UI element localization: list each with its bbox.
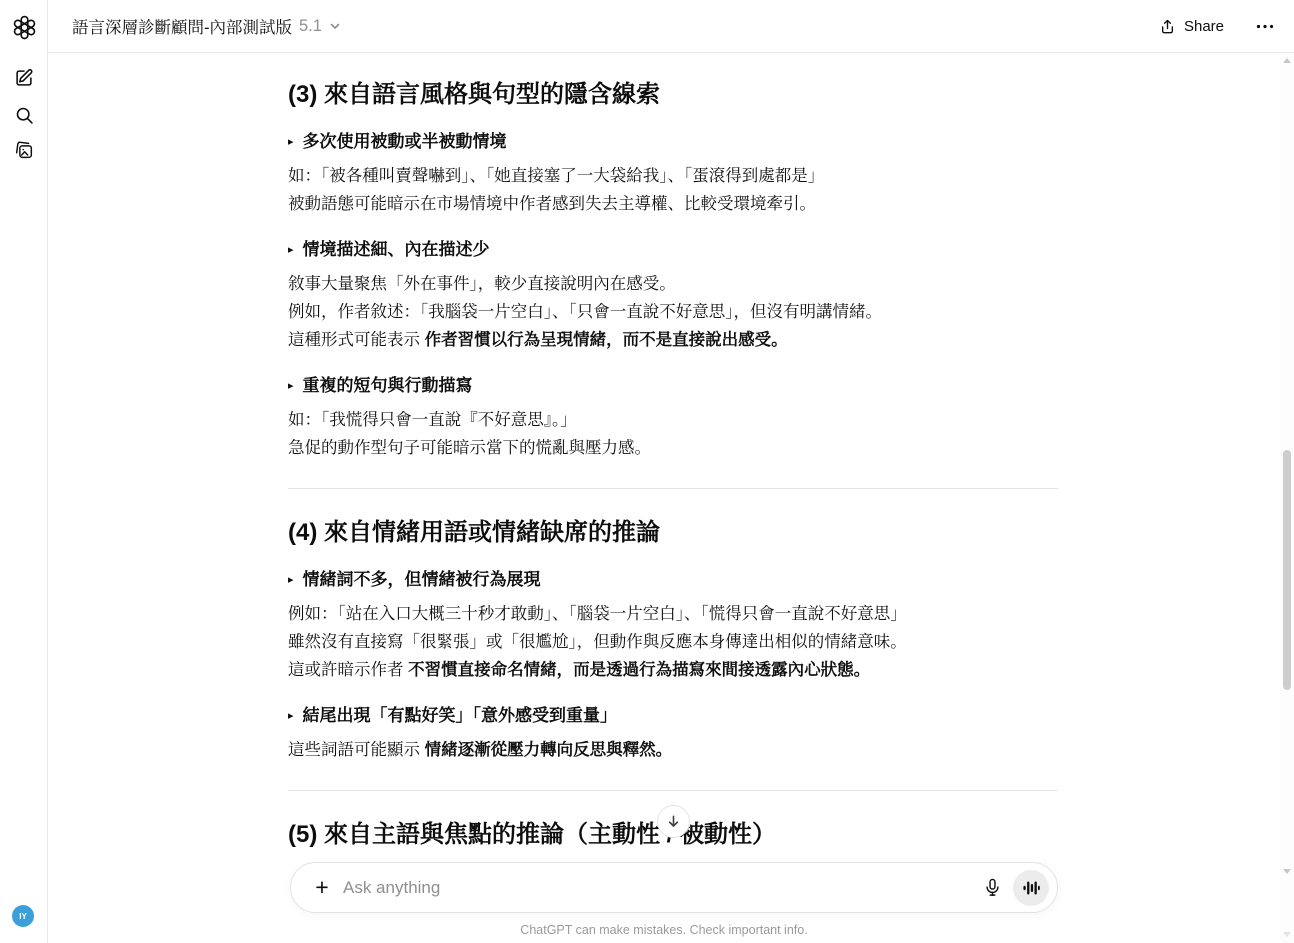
library-icon[interactable] xyxy=(11,137,37,163)
message-composer: + xyxy=(290,862,1058,913)
voice-mode-button[interactable] xyxy=(1013,870,1049,906)
subheading-text: 重複的短句與行動描寫 xyxy=(303,374,473,398)
paragraph-line: 敘事大量聚焦「外在事件」，較少直接說明內在感受。 xyxy=(288,270,1058,298)
paragraph-line: 被動語態可能暗示在市場情境中作者感到失去主導權、比較受環境牽引。 xyxy=(288,190,1058,218)
waveform-icon xyxy=(1022,879,1040,897)
triangle-marker-icon: ▸ xyxy=(288,245,294,256)
search-icon[interactable] xyxy=(11,102,37,128)
subheading: ▸ 結尾出現「有點好笑」「意外感受到重量」 xyxy=(288,704,1058,728)
sidebar: IY xyxy=(0,0,48,943)
section-divider xyxy=(288,488,1058,489)
more-options-button[interactable] xyxy=(1254,20,1276,33)
subheading: ▸ 重複的短句與行動描寫 xyxy=(288,374,1058,398)
triangle-marker-icon: ▸ xyxy=(288,575,294,586)
scrollbar-up-arrow[interactable] xyxy=(1283,58,1291,63)
share-icon xyxy=(1159,18,1176,35)
triangle-marker-icon: ▸ xyxy=(288,137,294,148)
assistant-message: (3) 來自語言風格與句型的隱含線索 ▸ 多次使用被動或半被動情境 如：「被各種… xyxy=(288,53,1058,850)
section-divider xyxy=(288,790,1058,791)
scrollbar[interactable] xyxy=(1280,53,1294,943)
top-bar: 語言深層診斷顧問-內部測試版 5.1 Share xyxy=(48,0,1294,53)
subheading: ▸ 多次使用被動或半被動情境 xyxy=(288,130,1058,154)
section-heading-3: (3) 來自語言風格與句型的隱含線索 xyxy=(288,80,1058,110)
paragraph: 這些詞語可能顯示 情緒逐漸從壓力轉向反思與釋然。 xyxy=(288,736,1058,764)
model-version: 5.1 xyxy=(299,17,322,36)
disclaimer-text: ChatGPT can make mistakes. Check importa… xyxy=(48,923,1280,937)
paragraph-line: 急促的動作型句子可能暗示當下的慌亂與壓力感。 xyxy=(288,434,1058,462)
conversation-title: 語言深層診斷顧問-內部測試版 xyxy=(72,14,292,38)
paragraph-line: 雖然沒有直接寫「很緊張」或「很尷尬」，但動作與反應本身傳達出相似的情緒意味。 xyxy=(288,628,1058,656)
bold-emphasis: 不習慣直接命名情緒，而是透過行為描寫來間接透露內心狀態。 xyxy=(408,661,870,679)
attach-plus-button[interactable]: + xyxy=(307,873,337,903)
subheading-text: 情境描述細、內在描述少 xyxy=(303,238,490,262)
scrollbar-thumb[interactable] xyxy=(1283,450,1291,690)
scroll-to-bottom-button[interactable] xyxy=(657,805,690,838)
scrollbar-bottom-arrow[interactable] xyxy=(1283,932,1291,937)
chevron-down-icon xyxy=(329,20,341,32)
chat-input[interactable] xyxy=(343,878,975,898)
header-actions: Share xyxy=(1151,12,1276,41)
paragraph-line: 如：「我慌得只會一直說『不好意思』。」 xyxy=(288,406,1058,434)
paragraph-line: 這或許暗示作者 不習慣直接命名情緒，而是透過行為描寫來間接透露內心狀態。 xyxy=(288,656,1058,684)
scrollbar-down-arrow[interactable] xyxy=(1283,869,1291,874)
subheading-text: 情緒詞不多，但情緒被行為展現 xyxy=(303,568,541,592)
paragraph: 如：「被各種叫賣聲嚇到」、「她直接塞了一大袋給我」、「蛋滾得到處都是」 被動語態… xyxy=(288,162,1058,218)
paragraph-line: 如：「被各種叫賣聲嚇到」、「她直接塞了一大袋給我」、「蛋滾得到處都是」 xyxy=(288,162,1058,190)
bold-emphasis: 作者習慣以行為呈現情緒，而不是直接說出感受。 xyxy=(425,331,788,349)
share-button[interactable]: Share xyxy=(1151,12,1232,41)
paragraph-line: 這種形式可能表示 作者習慣以行為呈現情緒，而不是直接說出感受。 xyxy=(288,326,1058,354)
share-label: Share xyxy=(1184,18,1224,35)
paragraph: 如：「我慌得只會一直說『不好意思』。」 急促的動作型句子可能暗示當下的慌亂與壓力… xyxy=(288,406,1058,462)
subheading: ▸ 情緒詞不多，但情緒被行為展現 xyxy=(288,568,1058,592)
new-chat-icon[interactable] xyxy=(11,65,37,91)
bold-emphasis: 情緒逐漸從壓力轉向反思與釋然。 xyxy=(425,741,673,759)
triangle-marker-icon: ▸ xyxy=(288,711,294,722)
paragraph: 敘事大量聚焦「外在事件」，較少直接說明內在感受。 例如，作者敘述：「我腦袋一片空… xyxy=(288,270,1058,354)
subheading: ▸ 情境描述細、內在描述少 xyxy=(288,238,1058,262)
paragraph-line: 這些詞語可能顯示 情緒逐漸從壓力轉向反思與釋然。 xyxy=(288,736,1058,764)
subheading-text: 多次使用被動或半被動情境 xyxy=(303,130,507,154)
paragraph-line: 例如，作者敘述：「我腦袋一片空白」、「只會一直說不好意思」，但沒有明講情緒。 xyxy=(288,298,1058,326)
section-heading-4: (4) 來自情緒用語或情緒缺席的推論 xyxy=(288,518,1058,548)
subheading-text: 結尾出現「有點好笑」「意外感受到重量」 xyxy=(303,704,618,728)
openai-logo-icon[interactable] xyxy=(10,13,38,41)
chatgpt-window: IY 語言深層診斷顧問-內部測試版 5.1 Shar xyxy=(0,0,1294,943)
paragraph: 例如：「站在入口大概三十秒才敢動」、「腦袋一片空白」、「慌得只會一直說不好意思」… xyxy=(288,600,1058,684)
triangle-marker-icon: ▸ xyxy=(288,381,294,392)
user-avatar[interactable]: IY xyxy=(12,905,34,927)
model-selector[interactable]: 語言深層診斷顧問-內部測試版 5.1 xyxy=(64,8,349,44)
paragraph-line: 例如：「站在入口大概三十秒才敢動」、「腦袋一片空白」、「慌得只會一直說不好意思」 xyxy=(288,600,1058,628)
dictate-microphone-button[interactable] xyxy=(975,871,1009,905)
